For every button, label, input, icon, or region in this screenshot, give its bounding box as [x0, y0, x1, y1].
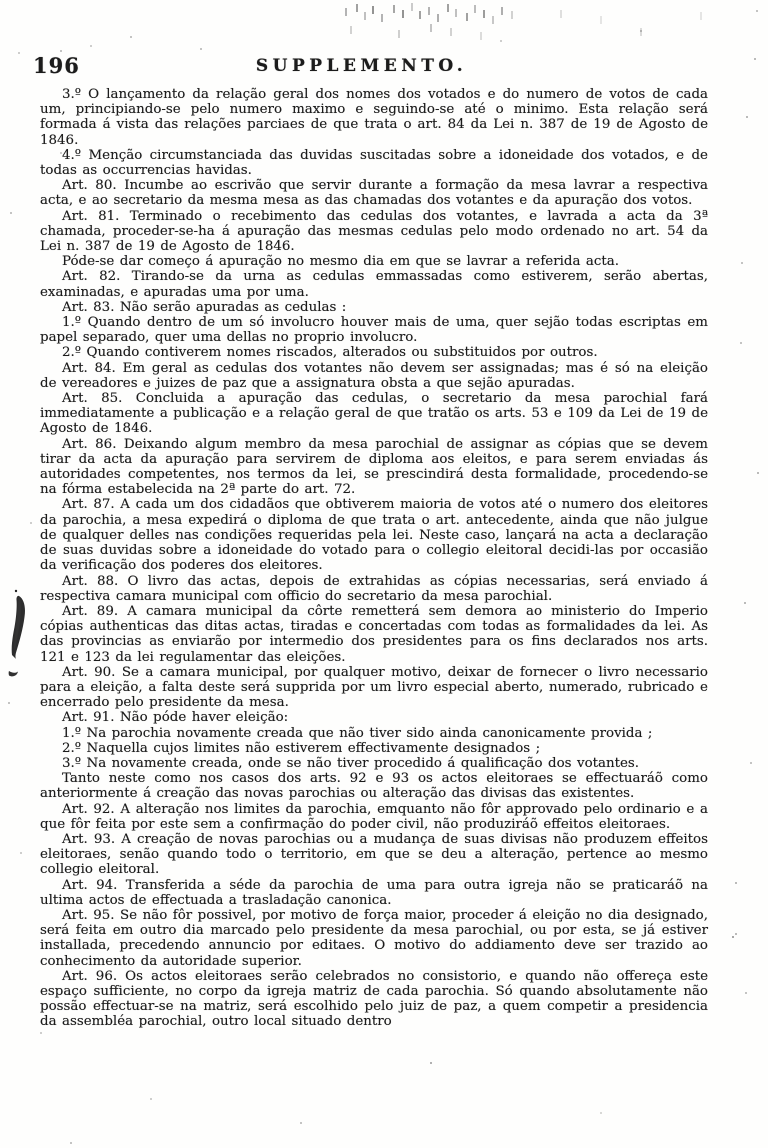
page-header: SUPPLEMENTO.: [0, 56, 723, 76]
paragraph: 3.º O lançamento da relação geral dos no…: [40, 87, 708, 148]
paragraph: 2.º Naquella cujos limites não estiverem…: [40, 741, 708, 756]
paragraph: Póde-se dar começo á apuração no mesmo d…: [40, 254, 708, 269]
paragraph: Art. 91. Não póde haver eleição:: [40, 710, 708, 725]
paragraph: Art. 96. Os actos eleitoraes serão celeb…: [40, 969, 708, 1030]
paragraph: Art. 86. Deixando algum membro da mesa p…: [40, 437, 708, 498]
paragraph: Art. 82. Tirando-se da urna as cedulas e…: [40, 269, 708, 299]
paragraph: 1.º Na parochia novamente creada que não…: [40, 726, 708, 741]
paragraph: Art. 87. A cada um dos cidadãos que obti…: [40, 497, 708, 573]
masthead: 196 SUPPLEMENTO.: [0, 50, 768, 86]
scanned-document-page: 196 SUPPLEMENTO. 3.º O lançamento da rel…: [0, 0, 768, 1148]
paragraph: Art. 85. Concluida a apuração das cedula…: [40, 391, 708, 437]
paragraph: Art. 83. Não serão apuradas as cedulas :: [40, 300, 708, 315]
paragraph: 1.º Quando dentro de um só involucro hou…: [40, 315, 708, 345]
scan-specks: [0, 0, 2, 2]
paragraph: Art. 95. Se não fôr possivel, por motivo…: [40, 908, 708, 969]
paragraph: Art. 90. Se a camara municipal, por qual…: [40, 665, 708, 711]
paragraph: Art. 84. Em geral as cedulas dos votante…: [40, 361, 708, 391]
paragraph: 4.º Menção circumstanciada das duvidas s…: [40, 148, 708, 178]
paragraph: Tanto neste como nos casos dos arts. 92 …: [40, 771, 708, 801]
paragraph: Art. 93. A creação de novas parochias ou…: [40, 832, 708, 878]
scan-noise: [0, 2, 2, 10]
paragraph: Art. 92. A alteração nos limites da paro…: [40, 802, 708, 832]
ink-blot: [5, 589, 35, 681]
paragraph: Art. 80. Incumbe ao escrivão que servir …: [40, 178, 708, 208]
paragraph: Art. 89. A camara municipal da côrte rem…: [40, 604, 708, 665]
paragraph: Art. 94. Transferida a séde da parochia …: [40, 878, 708, 908]
document-body: 3.º O lançamento da relação geral dos no…: [40, 87, 708, 1030]
paragraph: Art. 88. O livro das actas, depois de ex…: [40, 574, 708, 604]
paragraph: Art. 81. Terminado o recebimento das ced…: [40, 209, 708, 255]
paragraph: 2.º Quando contiverem nomes riscados, al…: [40, 345, 708, 360]
paragraph: 3.º Na novamente creada, onde se não tiv…: [40, 756, 708, 771]
